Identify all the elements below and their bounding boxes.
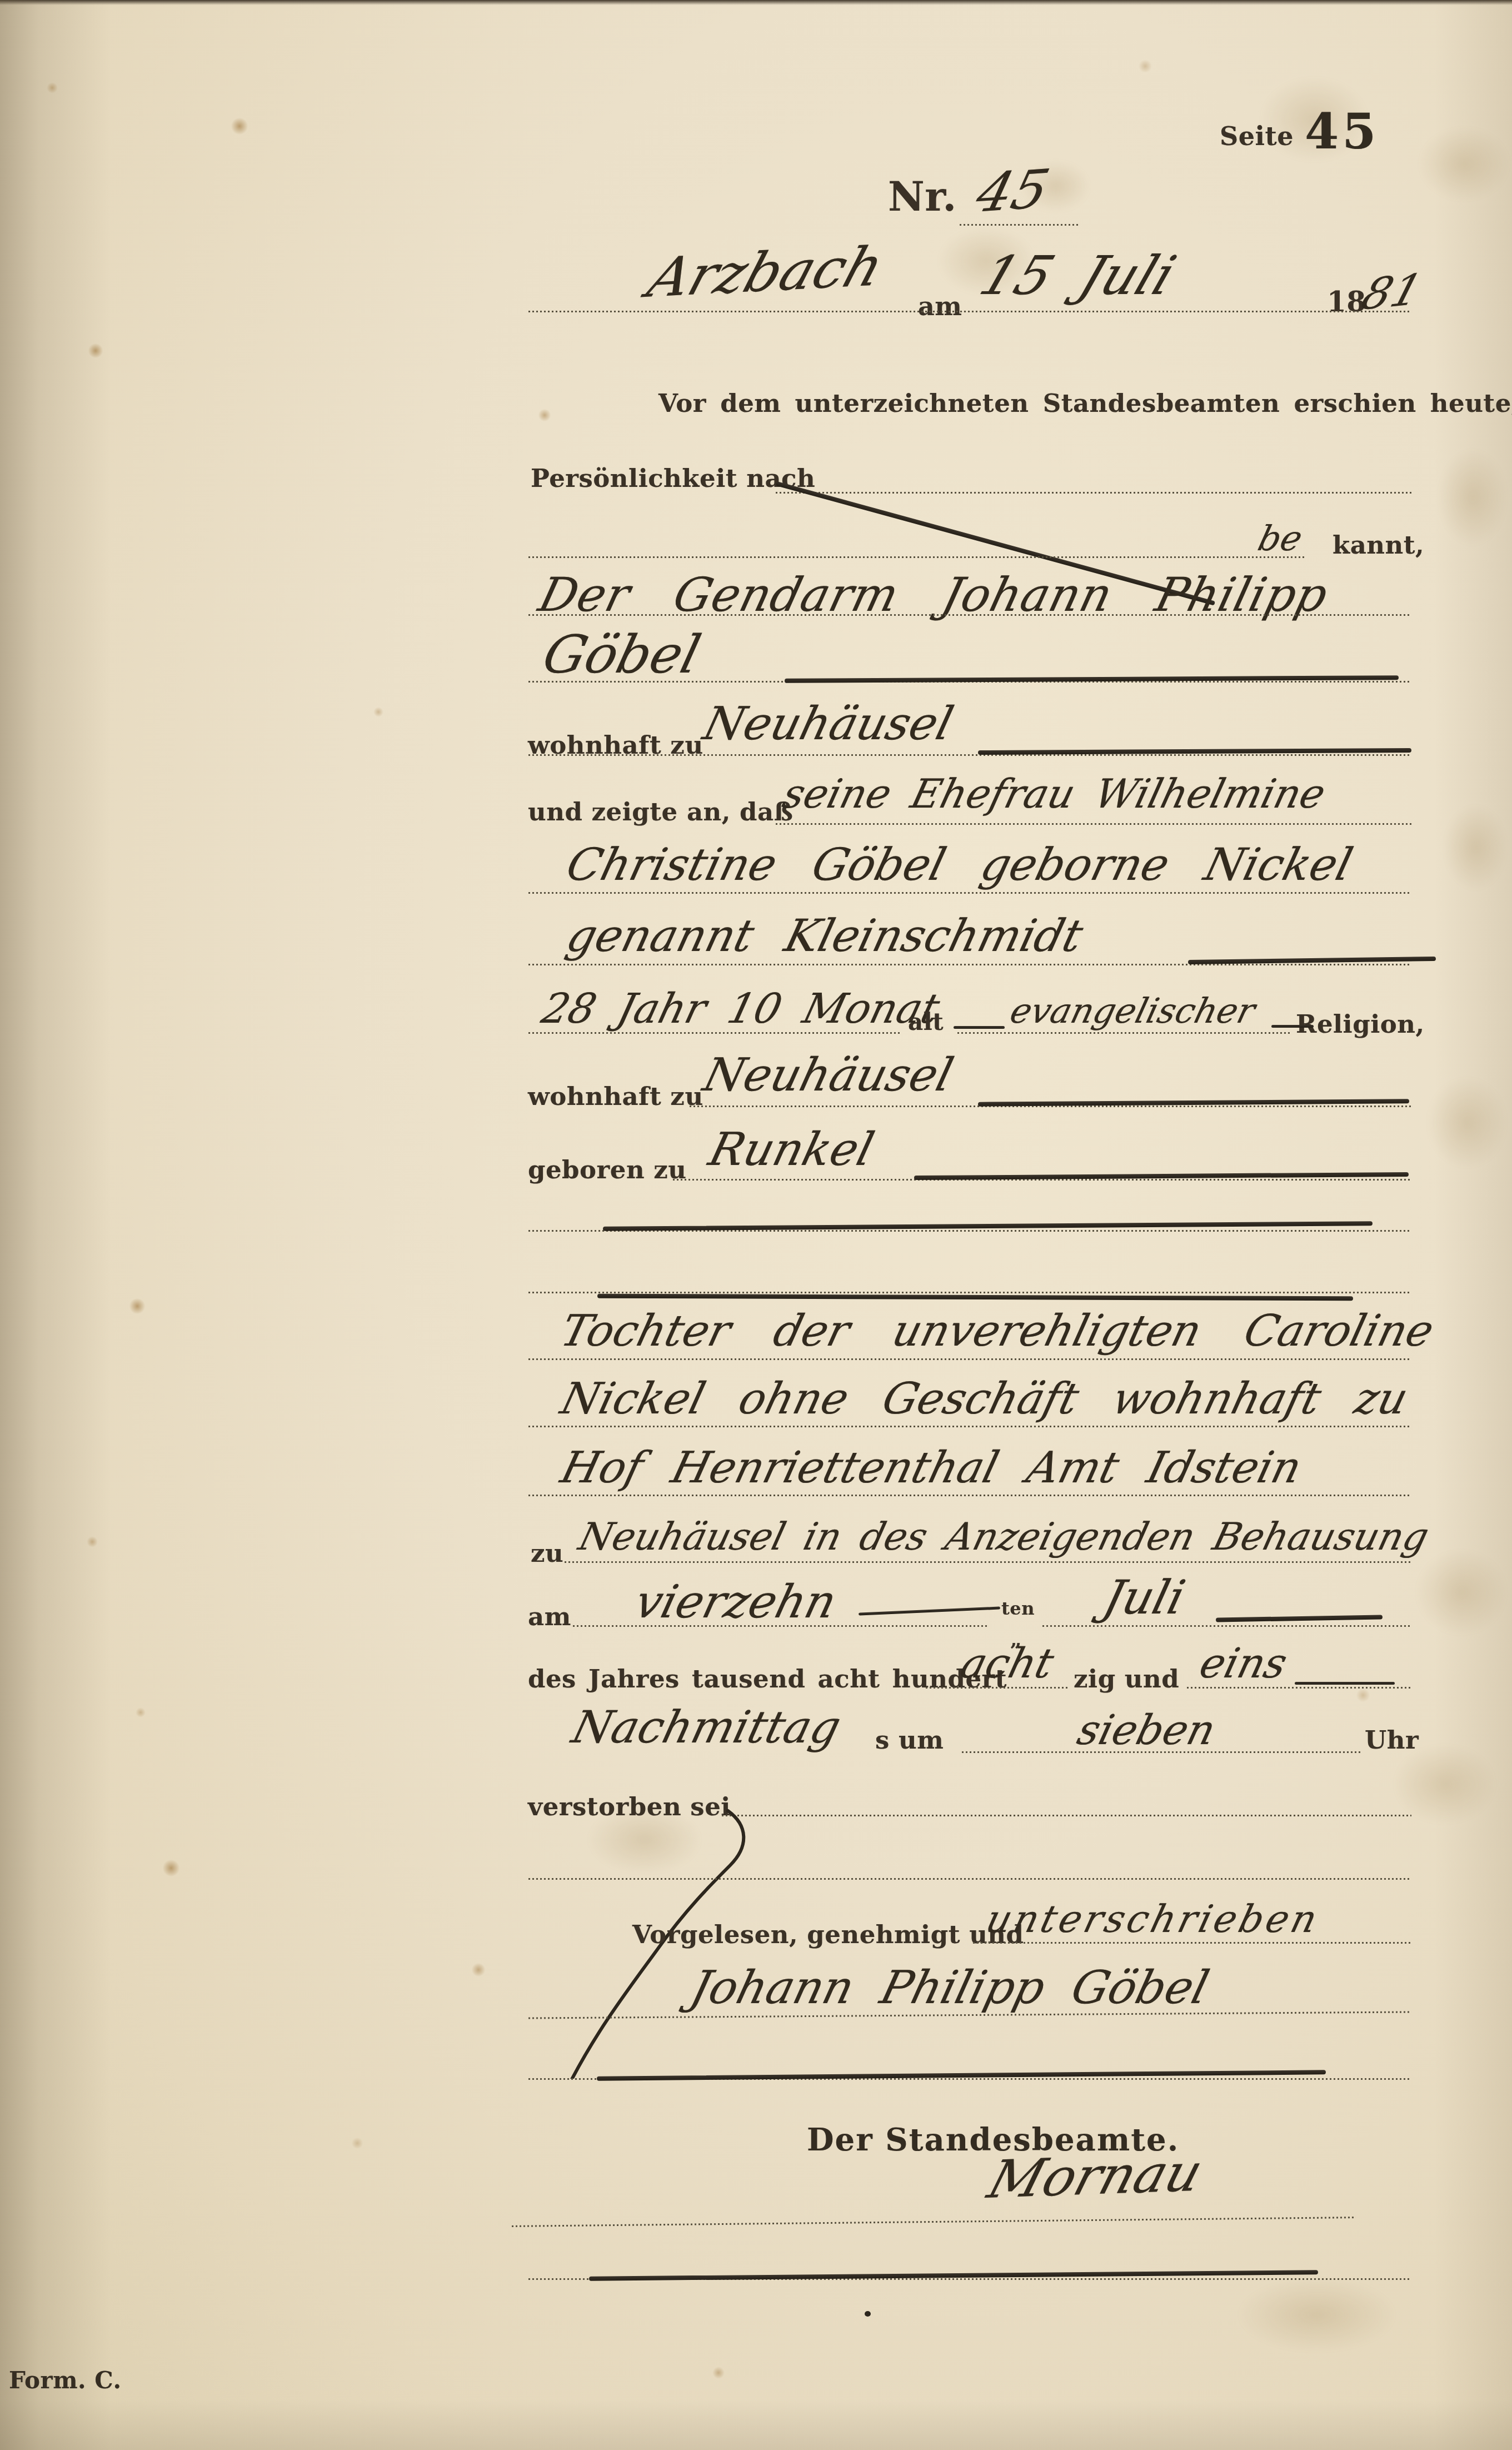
- deceased-religion-handwriting: evangelischer: [1007, 994, 1259, 1028]
- dotted-line: [528, 892, 1411, 894]
- bleedthrough-smudge: [1439, 450, 1506, 545]
- death-hour-handwriting: sieben: [1074, 1710, 1220, 1751]
- death-daypart-handwriting: Nachmittag: [568, 1705, 845, 1750]
- kannt-label: kannt,: [1333, 532, 1424, 557]
- dotted-line: [1186, 1686, 1411, 1689]
- deceased-residence-handwriting: Neuhäusel: [699, 1053, 957, 1098]
- ten-label: ten: [1001, 1600, 1035, 1617]
- dotted-line: [972, 1941, 1411, 1944]
- dotted-line: [957, 1032, 1290, 1034]
- dotted-line: [528, 754, 1411, 756]
- deceased-relation-handwriting: seine Ehefrau Wilhelmine: [779, 774, 1329, 814]
- parentage-line3-handwriting: Hof Henriettenthal Amt Idstein: [557, 1446, 1306, 1490]
- geboren-label: geboren zu: [528, 1157, 687, 1182]
- declarant-line1-handwriting: Der Gendarm Johann Philipp: [535, 571, 1333, 618]
- death-register-page: Seite 45 Nr. 45 Arzbach am 15 Juli 18 81…: [0, 0, 1512, 2450]
- ink-stroke: [1295, 1682, 1395, 1685]
- death-place-handwriting: Neuhäusel in des Anzeigenden Behausung: [575, 1518, 1432, 1556]
- dotted-line: [528, 310, 1411, 313]
- foxing-spot: [712, 2367, 725, 2379]
- bleedthrough-smudge: [1445, 806, 1506, 889]
- death-unit-handwriting: eins: [1196, 1643, 1291, 1684]
- death-decade-handwriting: acht: [957, 1643, 1057, 1684]
- foxing-spot: [87, 1536, 98, 1547]
- bleedthrough-smudge: [1395, 1745, 1495, 1823]
- zig-und-label: zig und: [1074, 1666, 1179, 1691]
- s-um-label: s um: [875, 1727, 944, 1752]
- ink-stroke: [597, 1294, 1353, 1301]
- dotted-line: [528, 556, 1306, 559]
- ink-stroke: [859, 1606, 1000, 1615]
- parentage-line2-handwriting: Nickel ohne Geschäft wohnhaft zu: [557, 1377, 1412, 1421]
- dotted-line: [511, 2216, 1356, 2228]
- death-am-label: am: [528, 1604, 571, 1629]
- record-number-label: Nr.: [888, 177, 957, 217]
- death-month-handwriting: Juli: [1099, 1574, 1189, 1621]
- dotted-line: [572, 1625, 989, 1627]
- deceased-name-handwriting: Christine Göbel geborne Nickel: [562, 843, 1357, 887]
- ink-stroke: [1216, 1615, 1383, 1622]
- page-number-value: 45: [1305, 107, 1379, 156]
- be-handwriting: be: [1255, 521, 1306, 556]
- zu-label: zu: [531, 1541, 563, 1566]
- uhr-label: Uhr: [1365, 1727, 1419, 1752]
- ink-stroke: [954, 1026, 1005, 1029]
- dotted-line: [721, 1814, 1411, 1817]
- dateline-year-handwriting: 81: [1357, 268, 1427, 317]
- foxing-spot: [162, 1860, 180, 1876]
- foxing-spot: [88, 343, 103, 358]
- dotted-line: [775, 823, 1411, 825]
- foxing-spot: [1356, 1689, 1370, 1702]
- ink-stroke: [1271, 1025, 1314, 1028]
- dateline-am-label: am: [918, 293, 962, 319]
- ink-dot: [865, 2311, 871, 2317]
- page-number-label: Seite: [1220, 123, 1294, 149]
- bleedthrough-smudge: [1417, 1551, 1506, 1634]
- dateline-place-handwriting: Arzbach: [642, 240, 890, 306]
- dotted-line: [528, 963, 1411, 966]
- foxing-spot: [231, 118, 248, 135]
- deceased-birthplace-handwriting: Runkel: [705, 1127, 878, 1173]
- dotted-line: [528, 1425, 1411, 1428]
- foxing-spot: [136, 1707, 146, 1717]
- dotted-line: [959, 223, 1079, 226]
- bleedthrough-smudge: [1239, 2279, 1395, 2351]
- foxing-spot: [351, 2138, 363, 2149]
- deceased-alias-handwriting: genannt Kleinschmidt: [562, 914, 1087, 958]
- foxing-spot: [47, 82, 58, 93]
- dotted-line: [925, 1686, 1070, 1689]
- persoenlichkeit-label: Persönlichkeit nach: [531, 466, 815, 491]
- dotted-line: [1042, 1625, 1411, 1627]
- bleedthrough-smudge: [1420, 128, 1509, 200]
- dotted-line: [775, 491, 1411, 494]
- bleedthrough-smudge: [1428, 1078, 1506, 1167]
- declarant-residence-handwriting: Neuhäusel: [699, 701, 957, 747]
- foxing-spot: [538, 409, 551, 421]
- declarant-line2-handwriting: Göbel: [538, 629, 705, 681]
- foxing-spot: [129, 1298, 146, 1314]
- unterschrieben-handwriting: unterschrieben: [982, 1901, 1323, 1939]
- foxing-spot: [471, 1963, 486, 1976]
- deceased-age-handwriting: 28 Jahr 10 Monat: [538, 988, 944, 1029]
- dotted-line: [528, 1032, 901, 1034]
- intro-line: Vor dem unterzeichneten Standesbeamten e…: [658, 391, 1512, 416]
- foxing-spot: [1138, 60, 1152, 72]
- vorgelesen-label: Vorgelesen, genehmigt und: [632, 1922, 1024, 1947]
- death-day-handwriting: vierzehn: [631, 1580, 841, 1625]
- foxing-spot: [373, 707, 383, 717]
- dotted-line: [564, 1561, 1411, 1563]
- declarant-signature-handwriting: Johann Philipp Göbel: [686, 1965, 1213, 2011]
- dotted-line: [528, 1878, 1411, 1880]
- official-signature-handwriting: Mornau: [982, 2147, 1208, 2207]
- dotted-line: [528, 1358, 1411, 1361]
- dotted-line: [528, 1494, 1411, 1497]
- religion-label: Religion,: [1296, 1012, 1425, 1037]
- dotted-line: [528, 614, 1411, 616]
- parentage-line1-handwriting: Tochter der unverehligten Caroline: [557, 1309, 1438, 1353]
- dotted-line: [961, 1751, 1361, 1754]
- deceased-wohnhaft-label: wohnhaft zu: [528, 1084, 703, 1109]
- form-label: Form. C.: [9, 2369, 122, 2392]
- zeigte-label: und zeigte an, daß: [528, 799, 793, 824]
- dateline-day-month-handwriting: 15 Juli: [974, 249, 1182, 302]
- record-number-value: 45: [971, 162, 1054, 220]
- alt-label: alt: [908, 1010, 944, 1034]
